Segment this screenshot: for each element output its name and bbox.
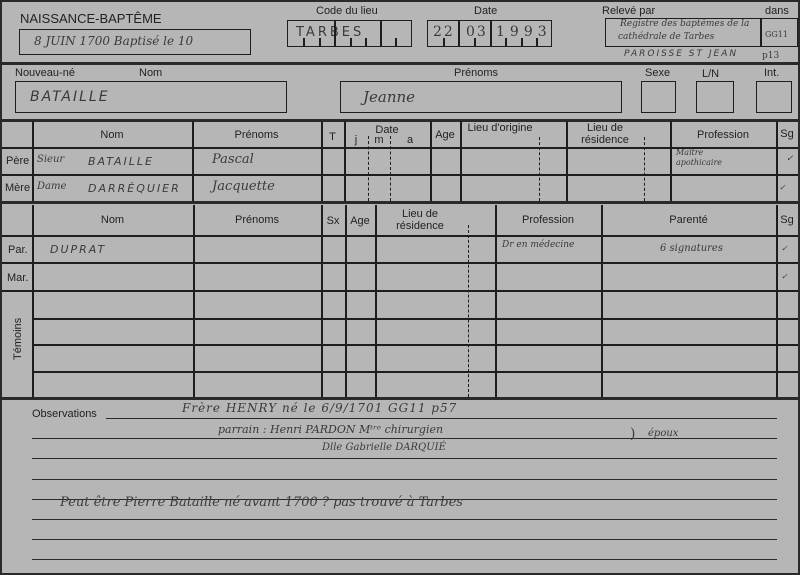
sexe-field[interactable]	[641, 81, 676, 113]
observation-line-3[interactable]: Dlle Gabrielle DARQUIÉ	[322, 442, 446, 453]
releve-par-line2: cathédrale de Tarbes	[618, 32, 714, 42]
col-header-lieu-origine: Lieu d'origine	[467, 122, 533, 134]
row-label-pere: Père	[6, 155, 29, 167]
birth-date-value: 8 JUIN 1700 Baptisé le 10	[34, 34, 193, 48]
parrain-profession[interactable]: Dr en médecine	[502, 240, 574, 250]
releve-par-label: Relevé par	[602, 5, 655, 17]
parish-note: PAROISSE ST JEAN	[624, 49, 738, 59]
col-header-a: a	[390, 134, 430, 146]
divider	[2, 119, 798, 122]
pere-signature[interactable]: ✓	[786, 154, 794, 164]
col-header-age: Age	[430, 129, 460, 141]
observation-line-5[interactable]: Peut être Pierre Bataille né avant 1700 …	[60, 495, 463, 510]
releve-par-field[interactable]: Registre des baptêmes de la cathédrale d…	[605, 18, 798, 47]
pere-prenoms[interactable]: Pascal	[212, 152, 254, 167]
divider	[2, 62, 798, 65]
releve-par-line1: Registre des baptêmes de la	[620, 19, 749, 29]
col-header-age: Age	[345, 215, 375, 227]
dans-value: GG11	[765, 30, 788, 39]
pere-title[interactable]: Sieur	[37, 154, 64, 165]
newborn-prenoms-field[interactable]: Jeanne	[340, 81, 622, 113]
sexe-label: Sexe	[645, 67, 670, 79]
newborn-label: Nouveau-né	[15, 67, 75, 79]
date-month: 03	[466, 24, 488, 40]
birth-date-field[interactable]: 8 JUIN 1700 Baptisé le 10	[19, 29, 251, 55]
col-header-nom: Nom	[32, 129, 192, 141]
date-label: Date	[474, 5, 497, 17]
witness-rows[interactable]	[32, 290, 776, 397]
observations-label: Observations	[32, 408, 97, 420]
col-header-sx: Sx	[321, 215, 345, 227]
parrain-nom[interactable]: DUPRAT	[50, 243, 106, 256]
mere-title[interactable]: Dame	[37, 181, 66, 192]
row-label-marraine: Mar.	[7, 272, 28, 284]
parrain-parente[interactable]: 6 signatures	[660, 243, 723, 254]
newborn-prenoms-value: Jeanne	[363, 88, 415, 106]
pere-nom[interactable]: BATAILLE	[88, 155, 154, 168]
col-header-profession: Profession	[495, 214, 601, 226]
witnesses-label: Témoins	[12, 320, 24, 360]
dans-label: dans	[765, 5, 789, 17]
row-label-parrain: Par.	[8, 244, 28, 256]
newborn-nom-field[interactable]: BATAILLE	[15, 81, 287, 113]
row-label-mere: Mère	[5, 182, 30, 194]
newborn-prenoms-label: Prénoms	[454, 67, 498, 79]
ln-label: L/N	[702, 68, 719, 80]
col-header-parente: Parenté	[601, 214, 776, 226]
col-header-lieu-residence: Lieu de résidence	[572, 122, 638, 146]
col-header-m: m	[368, 134, 390, 146]
col-header-prenoms: Prénoms	[192, 129, 321, 141]
observation-line-1[interactable]: Frère HENRY né le 6/9/1701 GG11 p57	[182, 401, 457, 415]
bracket-note: époux	[648, 428, 678, 439]
newborn-nom-label: Nom	[139, 67, 162, 79]
parrain-signature[interactable]: ✓	[781, 244, 788, 253]
col-header-t: T	[321, 131, 344, 143]
mere-nom[interactable]: DARRÉQUIER	[88, 182, 181, 195]
pere-profession[interactable]: Maître apothicaire	[676, 148, 746, 168]
form-title: NAISSANCE-BAPTÊME	[20, 11, 162, 26]
mere-prenoms[interactable]: Jacquette	[212, 179, 275, 194]
ln-field[interactable]	[696, 81, 734, 113]
col-header-nom: Nom	[32, 214, 193, 226]
code-lieu-value: TARBES	[296, 25, 364, 40]
col-header-j: j	[344, 134, 368, 146]
col-header-sg: Sg	[776, 128, 798, 140]
int-field[interactable]	[756, 81, 792, 113]
mere-signature[interactable]: ✓	[779, 183, 786, 192]
marraine-signature[interactable]: ✓	[781, 272, 788, 281]
code-lieu-label: Code du lieu	[316, 5, 378, 17]
col-header-lieu-residence: Lieu de résidence	[387, 208, 453, 232]
code-lieu-field[interactable]: TARBES	[287, 20, 412, 47]
newborn-nom-value: BATAILLE	[30, 89, 110, 105]
col-header-sg: Sg	[776, 214, 798, 226]
col-header-profession: Profession	[670, 129, 776, 141]
observation-line-2[interactable]: parrain : Henri PARDON Mᵗʳᵉ chirurgien	[218, 423, 443, 436]
int-label: Int.	[764, 67, 779, 79]
bracket: )	[630, 426, 635, 442]
entry-date-field[interactable]: 22 03 1993	[427, 20, 552, 47]
civil-record-card: NAISSANCE-BAPTÊME 8 JUIN 1700 Baptisé le…	[0, 0, 800, 575]
page-note: p13	[762, 51, 779, 61]
col-header-prenoms: Prénoms	[193, 214, 321, 226]
